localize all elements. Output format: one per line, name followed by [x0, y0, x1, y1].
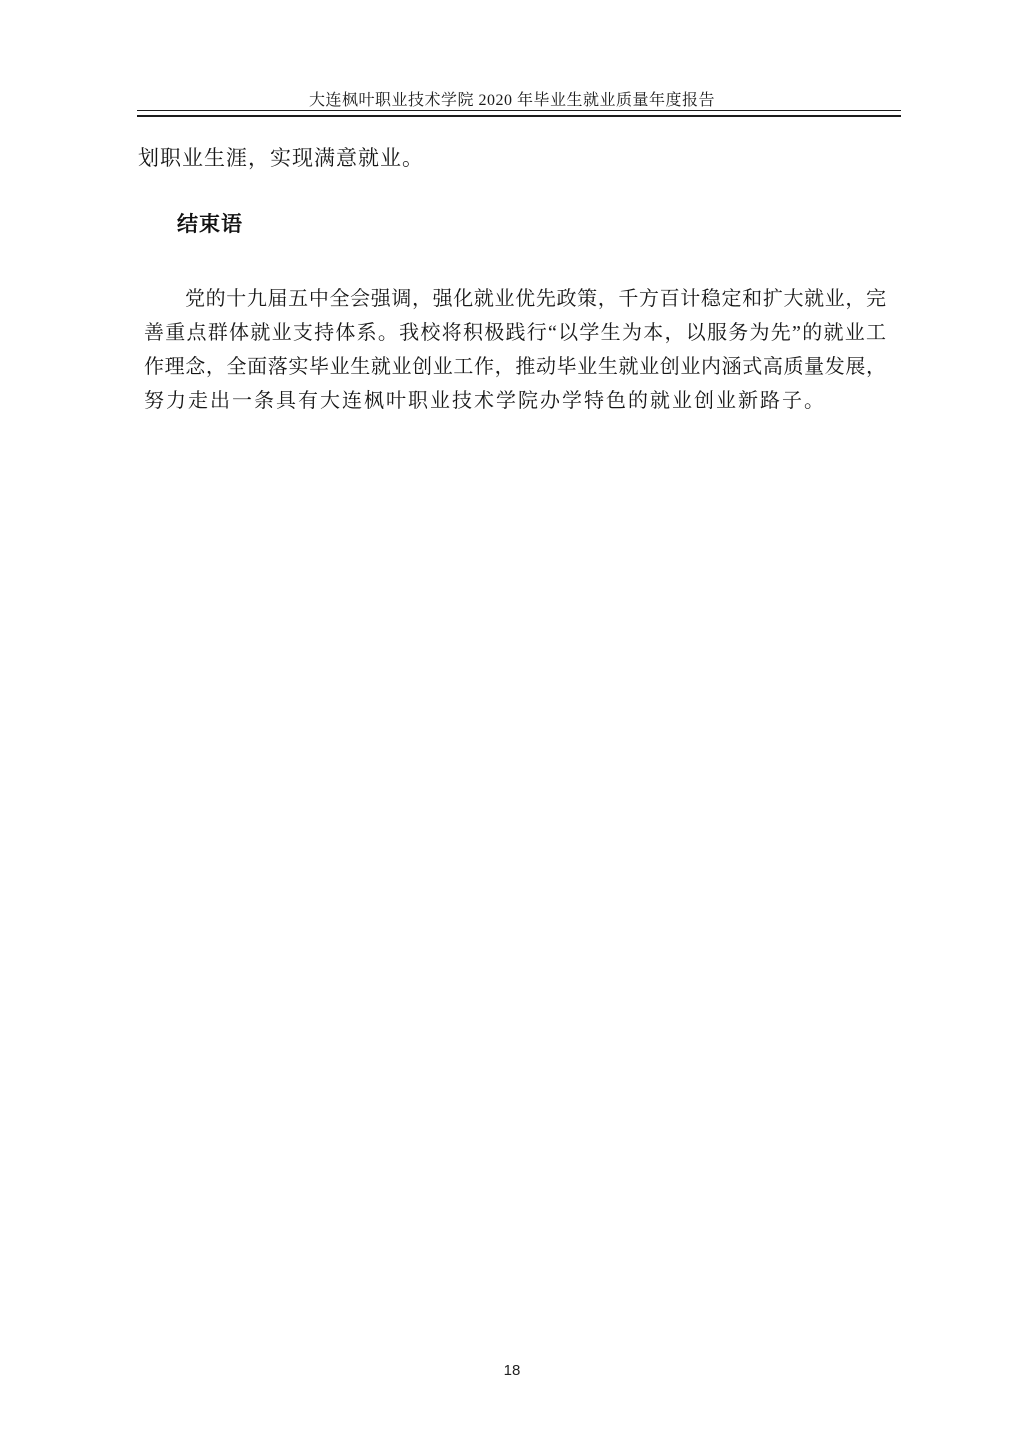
paragraph-continuation: 划职业生涯，实现满意就业。: [138, 147, 424, 169]
closing-paragraph: 党的十九届五中全会强调，强化就业优先政策，千方百计稳定和扩大就业，完 善重点群体…: [144, 282, 886, 418]
header-rule: [137, 110, 901, 117]
paragraph-line: 党的十九届五中全会强调，强化就业优先政策，千方百计稳定和扩大就业，完: [144, 282, 886, 316]
document-page: 大连枫叶职业技术学院 2020 年毕业生就业质量年度报告 划职业生涯，实现满意就…: [0, 0, 1024, 1448]
page-number: 18: [504, 1362, 521, 1379]
page-footer: 18: [0, 1362, 1024, 1380]
paragraph-line: 努力走出一条具有大连枫叶职业技术学院办学特色的就业创业新路子。: [144, 384, 886, 418]
section-heading: 结束语: [177, 213, 243, 236]
paragraph-line: 作理念，全面落实毕业生就业创业工作，推动毕业生就业创业内涵式高质量发展，: [144, 350, 886, 384]
paragraph-line: 善重点群体就业支持体系。我校将积极践行“以学生为本，以服务为先”的就业工: [144, 316, 886, 350]
header-title: 大连枫叶职业技术学院 2020 年毕业生就业质量年度报告: [0, 91, 1024, 110]
